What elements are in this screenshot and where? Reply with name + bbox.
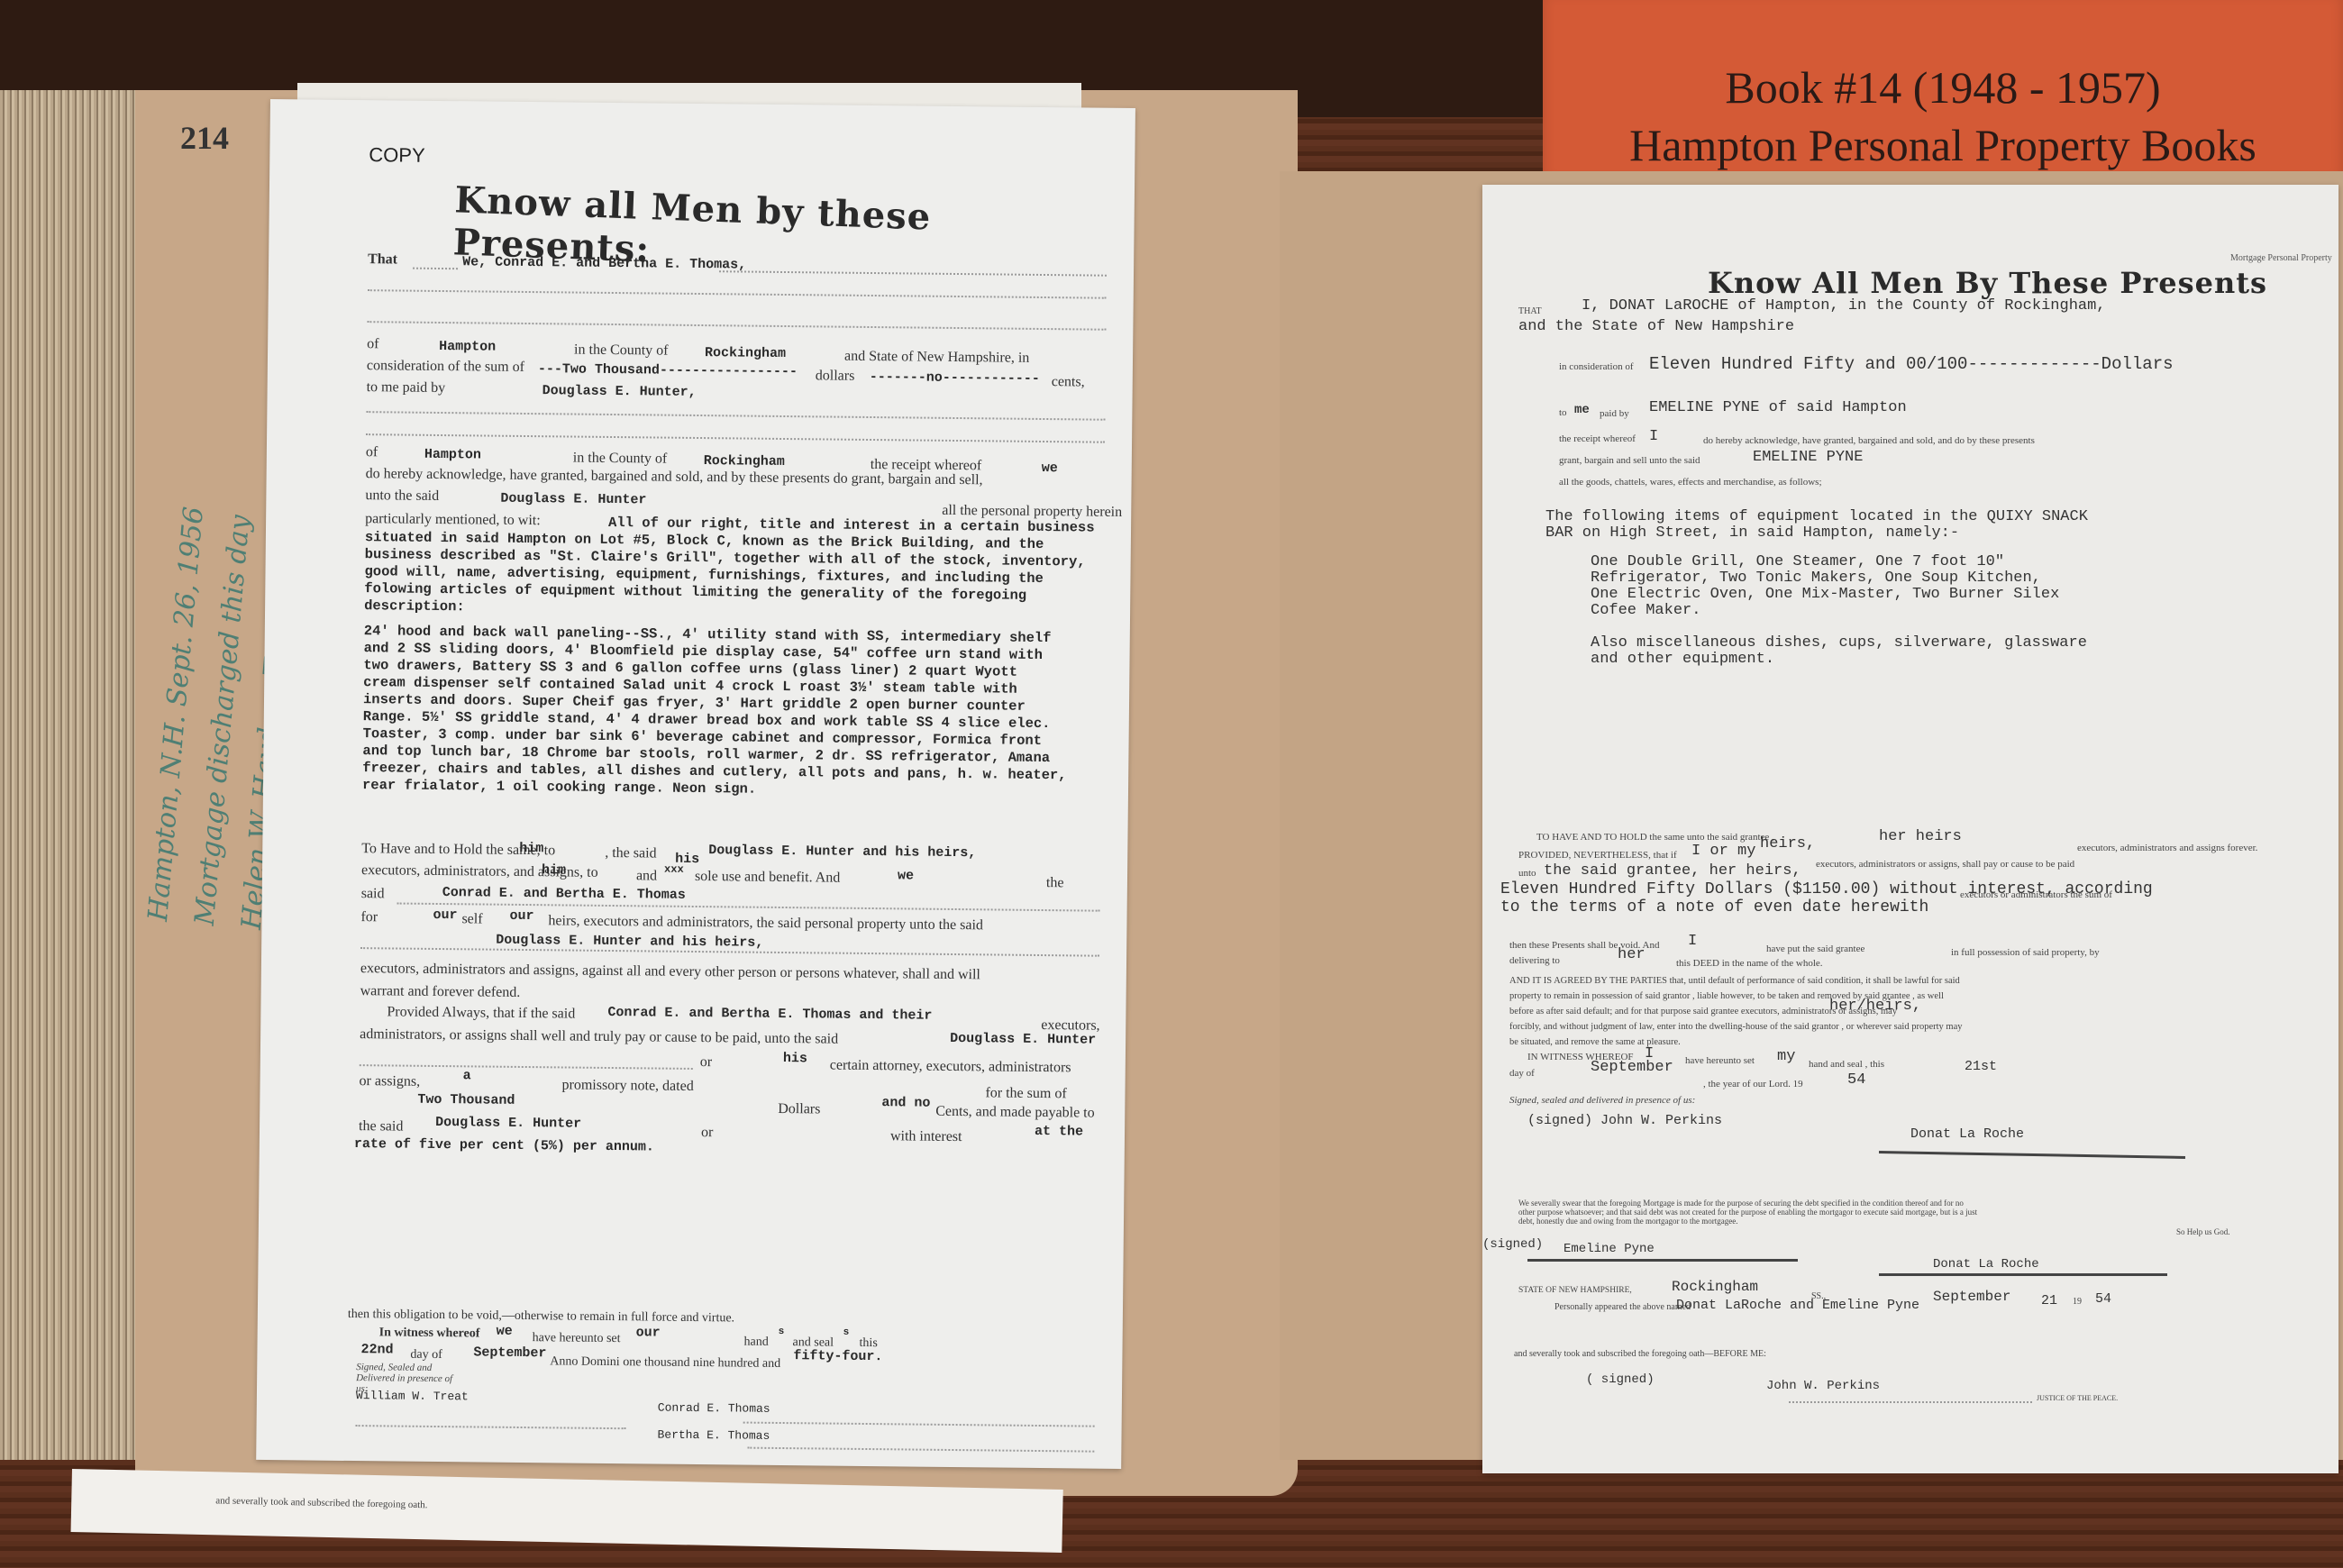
filled-value: rate of five per cent (5%) per annum. xyxy=(354,1136,654,1154)
filled-value: her/heirs, xyxy=(1829,998,1921,1015)
filled-value: s xyxy=(843,1327,850,1338)
form-text: all the goods, chattels, wares, effects … xyxy=(1559,477,1822,488)
filled-value: my xyxy=(1777,1048,1795,1065)
form-text: Dollars xyxy=(778,1101,820,1117)
book-page-edges xyxy=(0,90,149,1460)
oath-text: We severally swear that the foregoing Mo… xyxy=(1518,1199,2293,1226)
form-text: , the said xyxy=(605,845,657,862)
signer-signature: Conrad E. Thomas xyxy=(658,1401,770,1416)
filled-value: Conrad E. and Bertha E. Thomas and their xyxy=(607,1005,932,1024)
grantors-value: We, Conrad E. and Bertha E. Thomas, xyxy=(462,254,746,272)
page-number: 214 xyxy=(180,119,229,157)
witness-label: In witness whereof xyxy=(379,1326,480,1341)
form-text: hand xyxy=(743,1336,768,1350)
county-value: Rockingham xyxy=(704,453,785,469)
form-text: (signed) xyxy=(1482,1237,1543,1252)
form-text: have put the said grantee xyxy=(1766,944,1864,954)
state-text: and State of New Hampshire, in xyxy=(844,349,1029,367)
filled-value: we xyxy=(898,868,914,883)
that-label: THAT xyxy=(1518,306,1542,316)
filled-value: s xyxy=(779,1326,785,1337)
form-text: delivering to xyxy=(1509,955,1560,966)
form-text: and severally took and subscribed the fo… xyxy=(1514,1349,1766,1359)
payer-value: Douglass E. Hunter, xyxy=(542,383,697,400)
filled-value: 21 xyxy=(2041,1293,2057,1308)
cents-value: -------no------------ xyxy=(870,369,1040,387)
filled-value: Douglass E. Hunter and his heirs, xyxy=(708,843,976,861)
binder-label-subtitle: Hampton Personal Property Books xyxy=(1543,119,2343,171)
filled-value: Two Thousand xyxy=(417,1092,515,1108)
form-text: or assigns, xyxy=(359,1073,420,1090)
form-text: self xyxy=(461,911,482,927)
form-text: heirs, executors and administrators, the… xyxy=(548,913,983,934)
filled-value: Douglass E. Hunter xyxy=(435,1115,581,1132)
copy-stamp: COPY xyxy=(369,143,425,168)
filled-value: her xyxy=(1618,946,1646,963)
county-value: Rockingham xyxy=(1672,1279,1758,1295)
filled-value: 54 xyxy=(1847,1071,1865,1089)
state-label: STATE OF NEW HAMPSHIRE, xyxy=(1518,1286,1632,1295)
filled-value: September xyxy=(1933,1289,2010,1305)
filled-value: our xyxy=(636,1325,661,1340)
form-text: have hereunto set xyxy=(533,1331,621,1346)
paid-by-label: to me paid by xyxy=(367,379,446,397)
form-text: promissory note, dated xyxy=(561,1077,693,1095)
consideration-value: Eleven Hundred Fifty and 00/100---------… xyxy=(1649,354,2174,374)
filled-value: September xyxy=(473,1345,546,1361)
filled-value: at the xyxy=(1035,1124,1083,1140)
form-text: executors, administrators and assigns fo… xyxy=(2077,843,2257,853)
form-text: the xyxy=(1046,875,1064,891)
dollars-label: dollars xyxy=(816,368,855,384)
filled-value: a xyxy=(463,1068,471,1083)
payer-value: EMELINE PYNE of said Hampton xyxy=(1649,399,1907,416)
binder-label: Book #14 (1948 - 1957) Hampton Personal … xyxy=(1543,0,2343,189)
county-label: in the County of xyxy=(574,342,669,360)
filled-value: his xyxy=(783,1051,807,1066)
form-text: executors, administrators and assigns, a… xyxy=(360,961,980,983)
oath-signature: Donat La Roche xyxy=(1933,1257,2039,1272)
proviso-text: Provided Always, that if the said xyxy=(387,1004,575,1022)
consideration-label: consideration of the sum of xyxy=(367,358,524,376)
document-title: Know All Men By These Presents xyxy=(1708,266,2267,300)
items-intro: The following items of equipment located… xyxy=(1545,509,2088,542)
form-text: day of xyxy=(1509,1068,1535,1079)
form-text: paid by xyxy=(1600,408,1629,419)
mortgage-document-laroche: Mortgage Personal Property Know All Men … xyxy=(1482,185,2338,1473)
form-text: administrators, or assigns shall well an… xyxy=(360,1026,838,1048)
filled-value: him xyxy=(542,862,566,878)
filled-value: 54 xyxy=(2095,1291,2111,1307)
business-description: All of our right, title and interest in … xyxy=(364,512,1122,623)
form-text: do hereby acknowledge, have granted, bar… xyxy=(1703,435,2035,446)
form-text: in full possession of said property, by xyxy=(1951,947,2100,958)
sum-value: Eleven Hundred Fifty Dollars ($1150.00) … xyxy=(1500,880,2153,916)
void-clause: then this obligation to be void,—otherwi… xyxy=(348,1308,734,1326)
filled-value: Douglass E. Hunter xyxy=(950,1031,1096,1048)
form-text: this DEED in the name of the whole. xyxy=(1676,958,1823,969)
signer-signature: Bertha E. Thomas xyxy=(657,1428,770,1443)
form-text: unto xyxy=(1518,868,1536,879)
justice-signature: John W. Perkins xyxy=(1766,1379,1880,1393)
filled-value: Douglass E. Hunter and his heirs, xyxy=(496,933,763,951)
town-value: Hampton xyxy=(439,339,496,355)
filled-value: I xyxy=(1688,933,1697,950)
form-text: day of xyxy=(410,1348,442,1363)
equipment-list: 24' hood and back wall paneling--SS., 4'… xyxy=(362,623,1121,802)
binder-label-title: Book #14 (1948 - 1957) xyxy=(1543,61,2343,114)
form-text: for xyxy=(360,909,378,925)
sum-value: ---Two Thousand----------------- xyxy=(538,361,798,379)
form-text: the receipt whereof xyxy=(1559,433,1636,444)
filled-value: her heirs xyxy=(1879,828,1962,845)
of-label: of xyxy=(367,336,379,352)
filled-value: our xyxy=(433,907,457,923)
of-label: of xyxy=(366,444,378,460)
filled-value: and no xyxy=(881,1095,930,1111)
struck-text: xxx xyxy=(664,863,684,876)
form-text: Anno Domini one thousand nine hundred an… xyxy=(550,1354,780,1372)
filled-value: fifty-four. xyxy=(793,1348,882,1364)
form-type: Mortgage Personal Property xyxy=(2230,253,2332,263)
equipment-list: One Double Grill, One Steamer, One 7 foo… xyxy=(1591,554,2059,619)
filled-value: September xyxy=(1591,1059,1673,1076)
form-text: certain attorney, executors, administrat… xyxy=(830,1058,1071,1077)
filled-value: I or my xyxy=(1691,843,1755,860)
form-text: warrant and forever defend. xyxy=(360,983,521,1001)
form-text: hand and seal , this xyxy=(1809,1059,1884,1070)
form-text: ( signed) xyxy=(1586,1372,1655,1387)
grantee-value: Douglass E. Hunter xyxy=(500,491,646,508)
bottom-sheet-text: and severally took and subscribed the fo… xyxy=(215,1495,427,1510)
filled-value: the said grantee, her heirs, xyxy=(1544,862,1801,880)
filled-value: me xyxy=(1574,403,1590,417)
form-text: grant, bargain and sell unto the said xyxy=(1559,455,1700,466)
receipt-value: we xyxy=(1042,460,1058,476)
grantor-signature: Donat La Roche xyxy=(1910,1126,2024,1142)
form-text: for the sum of xyxy=(985,1085,1066,1102)
filled-value: I xyxy=(1649,428,1658,445)
filled-value: heirs, xyxy=(1760,835,1815,852)
proviso-label: PROVIDED, NEVERTHELESS, that if xyxy=(1518,850,1677,861)
habendum-text: TO HAVE AND TO HOLD the same unto the sa… xyxy=(1536,832,1774,843)
form-text: to xyxy=(1559,407,1567,418)
form-text: So Help us God. xyxy=(2176,1227,2230,1236)
grantor-value: I, DONAT LaROCHE of Hampton, in the Coun… xyxy=(1582,297,2106,315)
form-text: , the year of our Lord. 19 xyxy=(1703,1079,1803,1089)
filled-value: Conrad E. and Bertha E. Thomas xyxy=(442,885,686,903)
filled-value: we xyxy=(497,1324,513,1339)
grantor-value: and the State of New Hampshire xyxy=(1518,318,1794,335)
town-value: Hampton xyxy=(424,447,481,463)
form-text: or xyxy=(701,1125,714,1141)
filled-value: Donat LaRoche and Emeline Pyne xyxy=(1676,1298,1919,1313)
form-text: have hereunto set xyxy=(1685,1055,1755,1066)
form-text: sole use and benefit. And xyxy=(695,869,840,887)
equipment-misc: Also miscellaneous dishes, cups, silverw… xyxy=(1591,635,2087,668)
filled-value: our xyxy=(509,908,533,924)
county-value: Rockingham xyxy=(705,345,786,361)
justice-title: JUSTICE OF THE PEACE. xyxy=(2037,1394,2118,1402)
that-label: That xyxy=(368,251,397,268)
form-text: and xyxy=(636,868,657,884)
filled-value: 22nd xyxy=(360,1342,393,1357)
form-text: Personally appeared the above named xyxy=(1554,1302,1691,1312)
oath-signature: Emeline Pyne xyxy=(1564,1242,1655,1256)
form-text: 19 xyxy=(2073,1297,2082,1307)
consideration-label: in consideration of xyxy=(1559,361,1633,372)
filled-value: 21st xyxy=(1965,1059,1997,1074)
form-text: executors, administrators or assigns, sh… xyxy=(1816,859,2074,870)
form-text: with interest xyxy=(890,1128,962,1145)
signed-label: Signed, sealed and delivered in presence… xyxy=(1509,1095,1695,1106)
witness-signature: (signed) John W. Perkins xyxy=(1527,1113,1722,1128)
cents-label: cents, xyxy=(1052,374,1085,390)
county-label: in the County of xyxy=(573,451,668,468)
form-text: said xyxy=(361,886,385,902)
filled-value: him xyxy=(519,841,543,856)
witness-signature: William W. Treat xyxy=(356,1389,469,1403)
form-text: the said xyxy=(359,1118,404,1135)
mortgage-document-thomas: COPY Know all Men by these Presents: Tha… xyxy=(256,99,1135,1469)
form-text: or xyxy=(700,1054,713,1071)
grantee-value: EMELINE PYNE xyxy=(1753,449,1863,466)
unto-label: unto the said xyxy=(365,488,439,505)
form-text: Cents, and made payable to xyxy=(935,1104,1095,1122)
